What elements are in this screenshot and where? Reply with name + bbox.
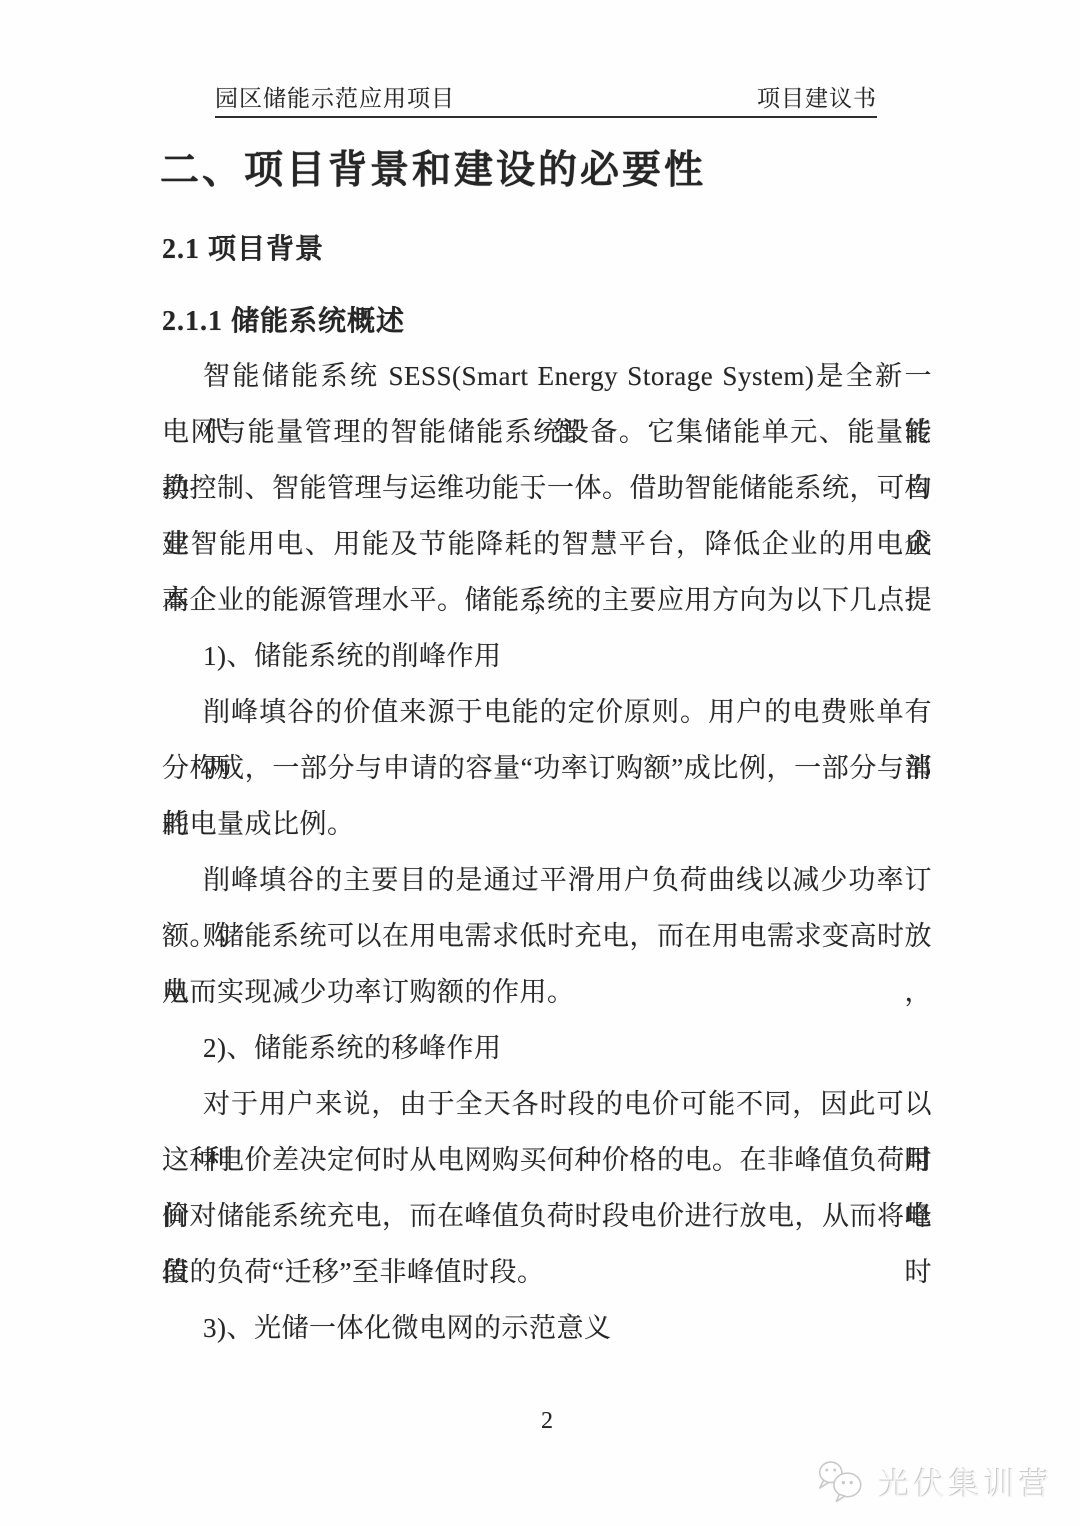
page-header: 园区储能示范应用项目 项目建议书 xyxy=(215,80,877,118)
body-line: 对于用户来说，由于全天各时段的电价可能不同，因此可以利用 xyxy=(162,1076,932,1132)
document-page: 园区储能示范应用项目 项目建议书 二、项目背景和建设的必要性 2.1 项目背景 … xyxy=(0,0,1080,1526)
body-line: 动控制、智能管理与运维功能于一体。借助智能储能系统，可构建企 xyxy=(162,460,932,516)
chapter-title: 二、项目背景和建设的必要性 xyxy=(160,150,706,193)
body-line: 削峰填谷的价值来源于电能的定价原则。用户的电费账单有两部 xyxy=(162,684,932,740)
watermark-label: 光伏集训营 xyxy=(879,1459,1054,1504)
section-heading-2-1: 2.1 项目背景 xyxy=(162,227,324,267)
body-line: 削峰填谷的主要目的是通过平滑用户负荷曲线以减少功率订购 xyxy=(162,852,932,908)
page-number: 2 xyxy=(162,1408,932,1435)
wechat-icon xyxy=(815,1458,867,1504)
body-line: 额。储能系统可以在用电需求低时充电，而在用电需求变高时放电， xyxy=(162,908,932,964)
body-line: 这种电价差决定何时从电网购买何种价格的电。在非峰值负荷时间电 xyxy=(162,1132,932,1188)
body-line: 分构成，一部分与申请的容量“功率订购额”成比例，一部分与消耗 xyxy=(162,740,932,796)
body-line: 高企业的能源管理水平。储能系统的主要应用方向为以下几点： xyxy=(162,572,932,628)
header-left-text: 园区储能示范应用项目 xyxy=(215,80,455,113)
document-body: 智能储能系统 SESS(Smart Energy Storage System)… xyxy=(162,348,932,1356)
section-heading-2-1-1: 2.1.1 储能系统概述 xyxy=(162,299,405,339)
body-line: 智能储能系统 SESS(Smart Energy Storage System)… xyxy=(162,348,932,404)
header-right-text: 项目建议书 xyxy=(757,80,877,113)
body-line: 1)、储能系统的削峰作用 xyxy=(162,628,932,684)
body-line: 电网与能量管理的智能储能系统设备。它集储能单元、能量转换、自 xyxy=(162,404,932,460)
body-line: 3)、光储一体化微电网的示范意义 xyxy=(162,1300,932,1356)
body-line: 业智能用电、用能及节能降耗的智慧平台，降低企业的用电成本，提 xyxy=(162,516,932,572)
body-line: 2)、储能系统的移峰作用 xyxy=(162,1020,932,1076)
body-line: 的电量成比例。 xyxy=(162,796,932,852)
body-line: 价对储能系统充电，而在峰值负荷时段电价进行放电，从而将峰值时 xyxy=(162,1188,932,1244)
watermark: 光伏集训营 xyxy=(815,1458,1054,1504)
